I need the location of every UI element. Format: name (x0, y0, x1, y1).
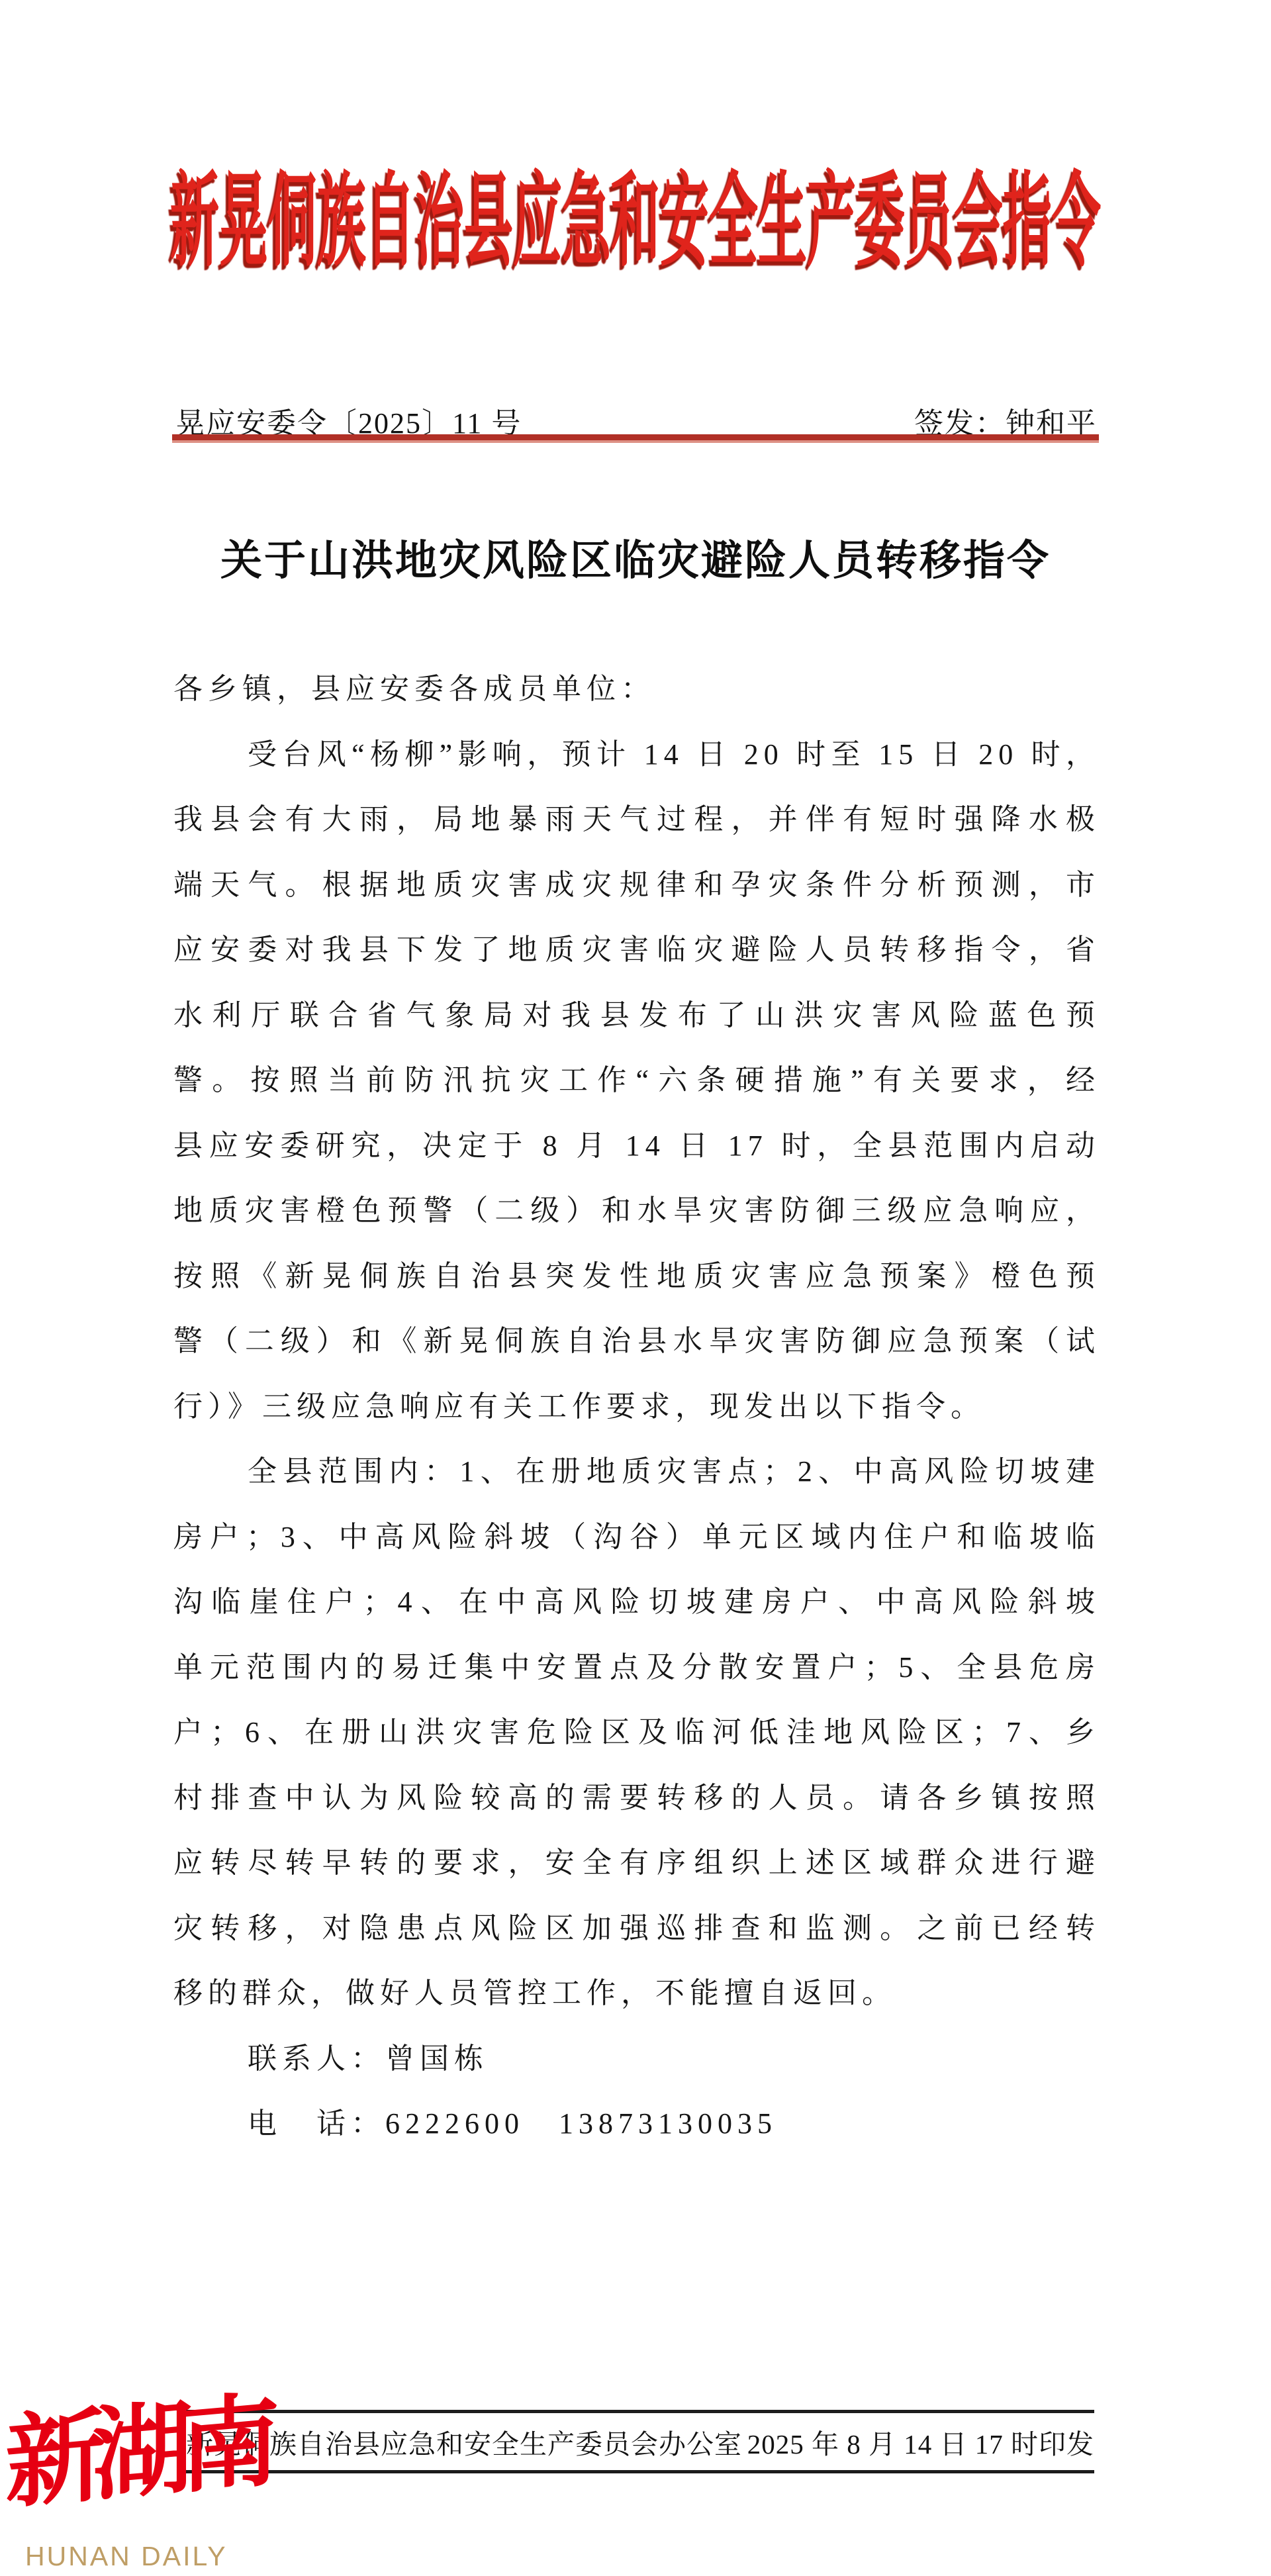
body-paragraph: 全县范围内：1、在册地质灾害点；2、中高风险切坡建房户；3、中高风险斜坡（沟谷）… (173, 1439, 1100, 2027)
body-line: 各乡镇，县应安委各成员单位： (173, 657, 1100, 722)
body-line: 灾转移，对隐患点风险区加强巡排查和监测。之前已经转 (173, 1896, 1100, 1962)
footer-row: 新晃侗族自治县应急和安全生产委员会办公室 2025 年 8 月 14 日 17 … (186, 2413, 1094, 2470)
body-line: 按照《新晃侗族自治县突发性地质灾害应急预案》橙色预 (173, 1244, 1100, 1310)
document-page: 新晃侗族自治县应急和安全生产委员会指令 晃应安委令〔2025〕11 号 签发：钟… (0, 0, 1271, 2576)
masthead: 新晃侗族自治县应急和安全生产委员会指令 (0, 155, 1271, 271)
body-line: 行）》三级应急响应有关工作要求，现发出以下指令。 (173, 1374, 1100, 1440)
body-line: 端天气。根据地质灾害成灾规律和孕灾条件分析预测，市 (173, 853, 1100, 918)
body-line: 村排查中认为风险较高的需要转移的人员。请各乡镇按照 (173, 1766, 1100, 1831)
body-line: 联系人：曾国栋 (173, 2027, 1100, 2092)
body-line: 应安委对我县下发了地质灾害临灾避险人员转移指令，省 (173, 918, 1100, 983)
body-line: 应转尽转早转的要求，安全有序组织上述区域群众进行避 (173, 1831, 1100, 1896)
document-body: 各乡镇，县应安委各成员单位：受台风“杨柳”影响，预计 14 日 20 时至 15… (173, 657, 1100, 2157)
body-line: 户；6、在册山洪灾害危险区及临河低洼地风险区；7、乡 (173, 1700, 1100, 1766)
body-line: 地质灾害橙色预警（二级）和水旱灾害防御三级应急响应， (173, 1178, 1100, 1244)
body-line: 我县会有大雨，局地暴雨天气过程，并伴有短时强降水极 (173, 787, 1100, 853)
body-line: 县应安委研究，决定于 8 月 14 日 17 时，全县范围内启动 (173, 1114, 1100, 1179)
body-line: 单元范围内的易迁集中安置点及分散安置户；5、全县危房 (173, 1635, 1100, 1701)
masthead-title: 新晃侗族自治县应急和安全生产委员会指令 (170, 140, 1101, 287)
hunan-daily-logo-en: HUNAN DAILY (25, 2541, 228, 2572)
hunan-daily-logo-cn: 新湖南 (5, 2387, 266, 2520)
body-line: 房户；3、中高风险斜坡（沟谷）单元区域内住户和临坡临 (173, 1505, 1100, 1570)
body-line: 电 话：6222600 13873130035 (173, 2091, 1100, 2157)
body-paragraph: 电 话：6222600 13873130035 (173, 2091, 1100, 2157)
body-line: 移的群众，做好人员管控工作，不能擅自返回。 (173, 1961, 1100, 2027)
document-title: 关于山洪地灾风险区临灾避险人员转移指令 (0, 527, 1271, 587)
body-line: 警（二级）和《新晃侗族自治县水旱灾害防御应急预案（试 (173, 1309, 1100, 1374)
footer: 新晃侗族自治县应急和安全生产委员会办公室 2025 年 8 月 14 日 17 … (186, 2410, 1094, 2473)
body-line: 沟临崖住户；4、在中高风险切坡建房户、中高风险斜坡 (173, 1570, 1100, 1635)
footer-print-date: 2025 年 8 月 14 日 17 时印发 (747, 2422, 1094, 2461)
body-paragraph: 联系人：曾国栋 (173, 2027, 1100, 2092)
body-line: 水利厅联合省气象局对我县发布了山洪灾害风险蓝色预 (173, 983, 1100, 1049)
footer-office: 新晃侗族自治县应急和安全生产委员会办公室 (186, 2422, 742, 2461)
body-paragraph: 受台风“杨柳”影响，预计 14 日 20 时至 15 日 20 时，我县会有大雨… (173, 722, 1100, 1440)
body-line: 警。按照当前防汛抗灾工作“六条硬措施”有关要求，经 (173, 1048, 1100, 1114)
body-line: 全县范围内：1、在册地质灾害点；2、中高风险切坡建 (173, 1439, 1100, 1505)
body-line: 受台风“杨柳”影响，预计 14 日 20 时至 15 日 20 时， (173, 722, 1100, 788)
body-paragraph: 各乡镇，县应安委各成员单位： (173, 657, 1100, 722)
red-divider (172, 434, 1099, 443)
footer-bottom-rule (186, 2470, 1094, 2473)
